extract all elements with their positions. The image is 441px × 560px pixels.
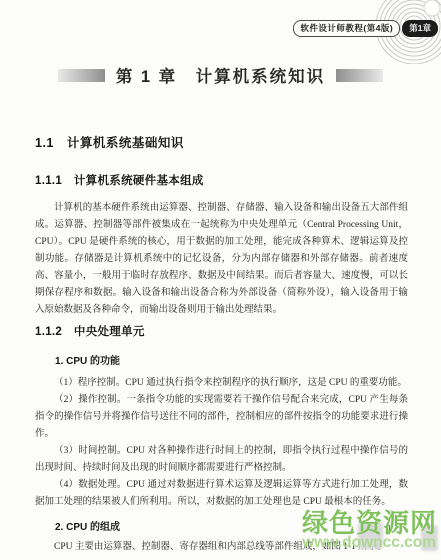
cpu-function-item-1: （1）程序控制。CPU 通过执行指令来控制程序的执行顺序，这是 CPU 的重要功…: [35, 375, 408, 392]
page-header: 软件设计师教程(第4版) 第1章: [293, 20, 438, 37]
cpu-functions-subheading: 1. CPU 的功能: [35, 352, 408, 367]
chapter-title-row: 第 1 章 计算机系统知识: [0, 60, 441, 90]
cpu-function-item-3: （3）时间控制。CPU 对各种操作进行时间上的控制，即指令执行过程中操作信号的出…: [35, 443, 408, 477]
series-title-badge: 软件设计师教程(第4版): [293, 20, 400, 37]
chapter-number-badge: 第1章: [402, 20, 438, 37]
section-1-1-2-heading: 1.1.2 中央处理单元: [35, 323, 408, 339]
title-bar-right: [336, 69, 383, 82]
section-1-1-heading: 1.1 计算机系统基础知识: [35, 133, 408, 151]
page-content: 1.1 计算机系统基础知识 1.1.1 计算机系统硬件基本组成 计算机的基本硬件…: [35, 128, 408, 556]
section-1-1-1-paragraph: 计算机的基本硬件系统由运算器、控制器、存储器、输入设备和输出设备五大部件组成。运…: [35, 200, 408, 319]
highlight-dot: [424, 0, 440, 16]
scanned-book-page: 软件设计师教程(第4版) 第1章 第 1 章 计算机系统知识 1.1 计算机系统…: [0, 0, 441, 560]
watermark-site-url: www.downcc.com: [302, 534, 436, 552]
section-1-1-1-heading: 1.1.1 计算机系统硬件基本组成: [35, 172, 408, 188]
chapter-title: 第 1 章 计算机系统知识: [116, 63, 325, 87]
cpu-function-item-2: （2）操作控制。一条指令功能的实现需要若干操作信号配合来完成，CPU 产生每条指…: [35, 392, 408, 443]
title-bar-left: [58, 69, 105, 82]
